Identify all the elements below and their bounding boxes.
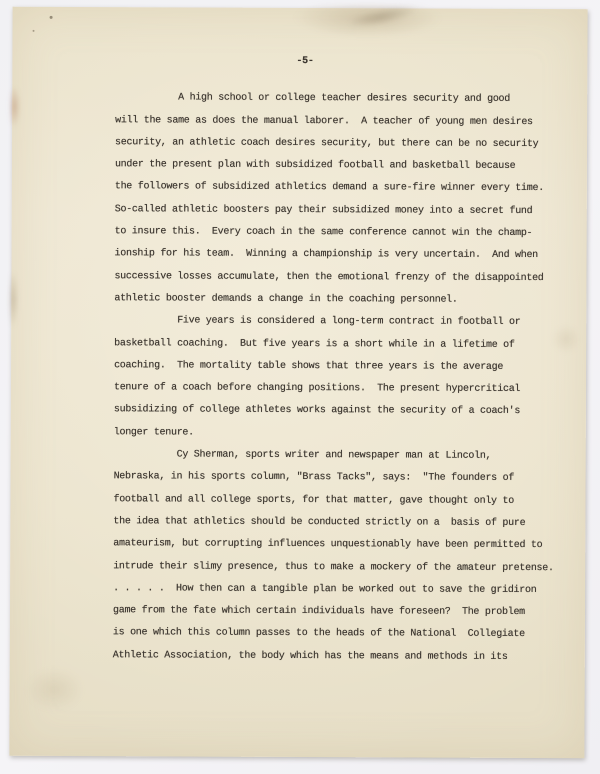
- text-line: Athletic Association, the body which has…: [113, 645, 573, 669]
- text-line: successive losses accumulate, then the e…: [114, 266, 574, 290]
- paper-stain: [25, 667, 85, 712]
- document-page: -5- A high school or college teacher des…: [9, 7, 587, 759]
- paper-stain: [347, 1, 419, 31]
- paper-speck: [50, 16, 53, 19]
- text-line: basketball coaching. But five years is a…: [114, 333, 574, 357]
- body-text: A high school or college teacher desires…: [113, 87, 576, 669]
- text-line: So-called athletic boosters pay their su…: [115, 199, 575, 223]
- text-line: to insure this. Every coach in the same …: [115, 221, 575, 245]
- text-line: will the same as does the manual laborer…: [115, 110, 575, 134]
- text-line: Cy Sherman, sports writer and newspaper …: [114, 444, 574, 468]
- text-line: the idea that athletics should be conduc…: [113, 511, 573, 535]
- paper-stain: [10, 87, 20, 127]
- text-line: tenure of a coach before changing positi…: [114, 377, 574, 401]
- page-number: -5-: [115, 50, 575, 74]
- text-line: security, an athletic coach desires secu…: [115, 132, 575, 156]
- text-line: . . . . . How then can a tangible plan b…: [113, 578, 573, 602]
- text-line: game from the fate which certain individ…: [113, 600, 573, 624]
- text-line: longer tenure.: [114, 422, 574, 446]
- paper-speck: [33, 30, 35, 32]
- text-line: under the present plan with subsidized f…: [115, 154, 575, 178]
- text-line: football and all college sports, for tha…: [113, 489, 573, 513]
- paper-stain: [293, 4, 443, 39]
- text-line: intrude their slimy presence, thus to ma…: [113, 556, 573, 580]
- text-line: the followers of subsidized athletics de…: [115, 177, 575, 201]
- text-line: is one which this column passes to the h…: [113, 623, 573, 647]
- text-line: Five years is considered a long-term con…: [114, 310, 574, 334]
- paper-stain: [9, 272, 18, 327]
- text-line: Nebraska, in his sports column, "Brass T…: [114, 467, 574, 491]
- text-line: athletic booster demands a change in the…: [114, 288, 574, 312]
- text-line: coaching. The mortality table shows that…: [114, 355, 574, 379]
- text-line: amateurism, but corrupting influences un…: [113, 533, 573, 557]
- text-line: ionship for his team. Winning a champion…: [115, 244, 575, 268]
- text-line: A high school or college teacher desires…: [115, 87, 575, 111]
- page-content: -5- A high school or college teacher des…: [113, 50, 576, 669]
- text-line: subsidizing of college athletes works ag…: [114, 400, 574, 424]
